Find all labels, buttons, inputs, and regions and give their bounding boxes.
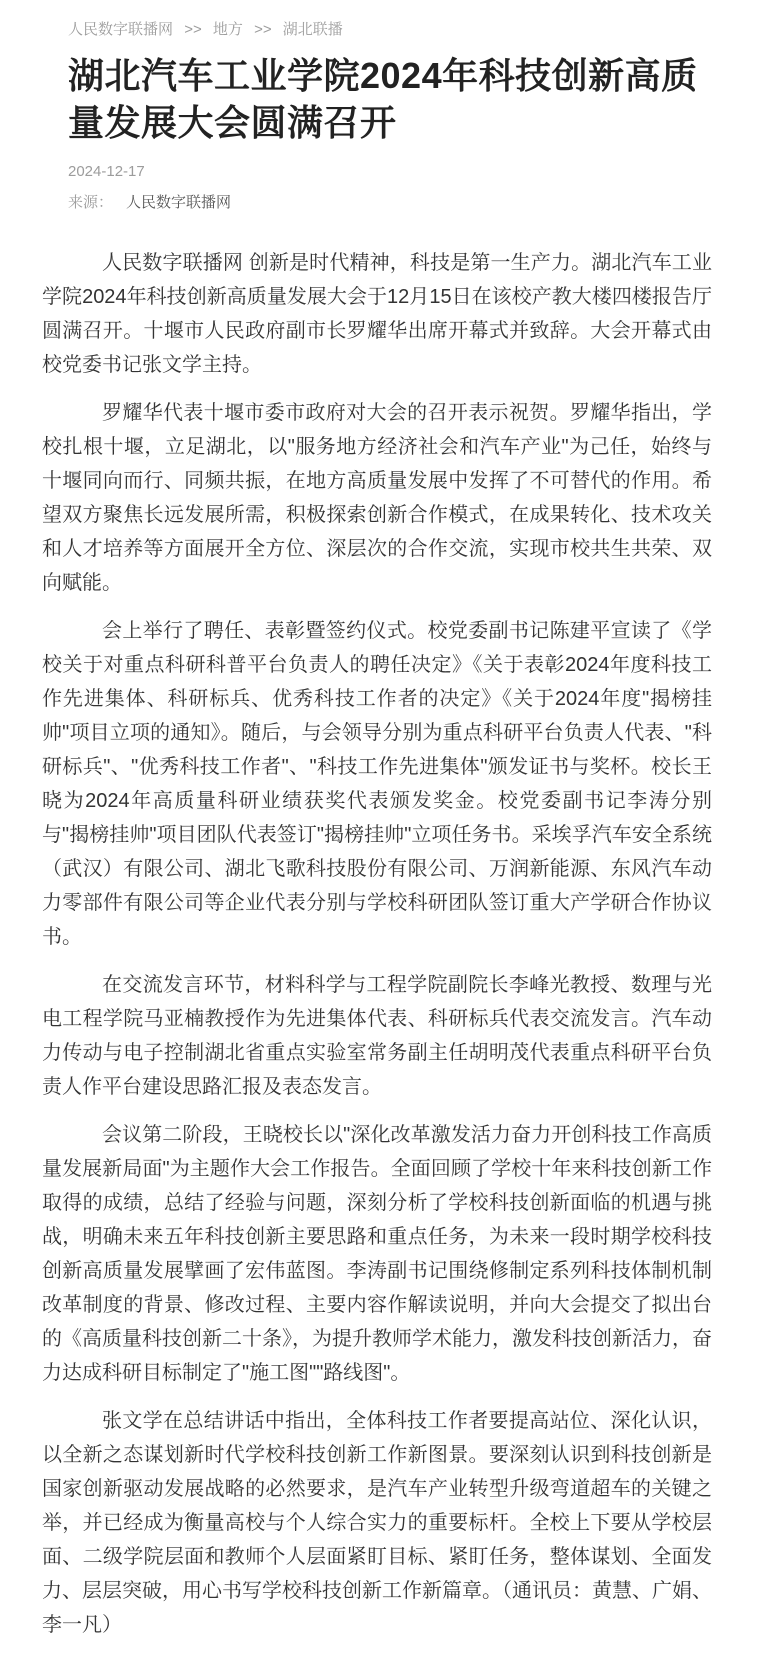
source-label: 来源：	[68, 194, 113, 211]
article-paragraph: 罗耀华代表十堰市委市政府对大会的召开表示祝贺。罗耀华指出，学校扎根十堰，立足湖北…	[42, 396, 712, 600]
source-row: 来源：人民数字联播网	[68, 194, 716, 212]
article-body: 人民数字联播网 创新是时代精神，科技是第一生产力。湖北汽车工业学院2024年科技…	[0, 212, 784, 1680]
breadcrumb: 人民数字联播网 >> 地方 >> 湖北联播	[68, 0, 716, 39]
article-paragraph: 人民数字联播网 创新是时代精神，科技是第一生产力。湖北汽车工业学院2024年科技…	[42, 246, 712, 382]
breadcrumb-separator: >>	[254, 21, 272, 38]
breadcrumb-channel-link[interactable]: 湖北联播	[283, 21, 343, 38]
article-paragraph: 张文学在总结讲话中指出，全体科技工作者要提高站位、深化认识，以全新之态谋划新时代…	[42, 1404, 712, 1642]
article-title: 湖北汽车工业学院2024年科技创新高质量发展大会圆满召开	[68, 52, 716, 146]
publish-date: 2024-12-17	[68, 163, 716, 181]
article-header: 人民数字联播网 >> 地方 >> 湖北联播 湖北汽车工业学院2024年科技创新高…	[0, 0, 784, 212]
article-paragraph: 会议第二阶段，王晓校长以"深化改革激发活力奋力开创科技工作高质量发展新局面"为主…	[42, 1118, 712, 1390]
breadcrumb-section-link[interactable]: 地方	[213, 21, 243, 38]
breadcrumb-site-link[interactable]: 人民数字联播网	[68, 21, 173, 38]
article-paragraph: 在交流发言环节，材料科学与工程学院副院长李峰光教授、数理与光电工程学院马亚楠教授…	[42, 968, 712, 1104]
breadcrumb-separator: >>	[184, 21, 202, 38]
article-paragraph: 会上举行了聘任、表彰暨签约仪式。校党委副书记陈建平宣读了《学校关于对重点科研科普…	[42, 614, 712, 954]
source-name: 人民数字联播网	[126, 194, 231, 211]
article-page: 人民数字联播网 >> 地方 >> 湖北联播 湖北汽车工业学院2024年科技创新高…	[0, 0, 784, 1680]
